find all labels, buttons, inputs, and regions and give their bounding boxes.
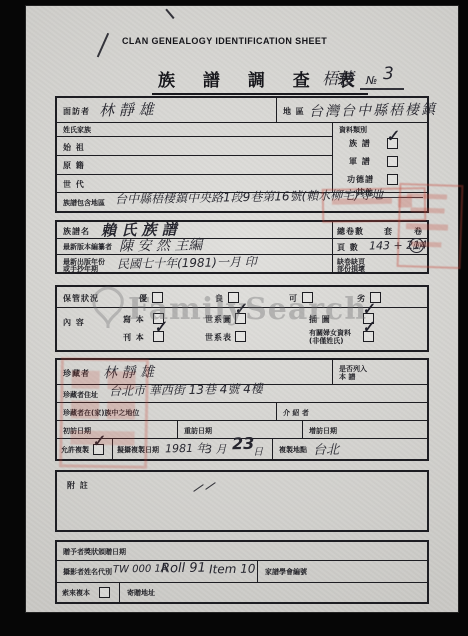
copy-place-label: 複製地點 <box>279 445 307 455</box>
publish-year-label-line2: 或手抄年期 <box>63 264 98 274</box>
option-women-data-label-line2: (非僅姓氏) <box>309 336 343 346</box>
photographer-code-label: 攝影者姓名代別 <box>63 567 112 577</box>
content-label: 內 容 <box>63 317 85 328</box>
sets-label: 套 <box>384 226 393 237</box>
microfilm-item-value: Item 10 <box>209 562 256 577</box>
section-office-use: 贈予者獎狀頒贈日期 攝影者姓名代別 TW 000 1A Roll 91 Item… <box>55 540 429 604</box>
section-genealogy-info: 族譜名 賴 氏 族 譜 總卷數 套 卷 最新版本編纂者 陳 安 然 主編 頁 數… <box>55 220 429 274</box>
document-page: CLAN GENEALOGY IDENTIFICATION SHEET 族 譜 … <box>26 6 458 612</box>
red-stamp-left <box>59 357 149 469</box>
option-printed-label: 刊 本 <box>123 332 145 343</box>
printed-checkbox[interactable] <box>153 331 164 342</box>
surname-family-label: 姓氏家族 <box>63 125 91 135</box>
introducer-label: 介 紹 者 <box>283 408 309 418</box>
clan-register-checkbox[interactable] <box>387 138 398 149</box>
title-no-value: 3 <box>383 64 394 84</box>
english-header: CLAN GENEALOGY IDENTIFICATION SHEET <box>122 36 327 46</box>
condition-poor-checkbox[interactable] <box>370 292 381 303</box>
notes-label: 附 註 <box>67 480 89 491</box>
copy-date-day: 23 <box>232 434 255 453</box>
revisit-date-label: 重訪日期 <box>184 426 212 436</box>
title-annotation: 梧棲 <box>322 66 354 90</box>
editor-value: 陳 安 然 主編 <box>119 234 203 255</box>
additional-visit-date-label: 增訪日期 <box>309 426 337 436</box>
publish-year-value: 民國七十年(1981)一月 印 <box>117 253 257 272</box>
military-register-checkbox[interactable] <box>387 156 398 167</box>
familysearch-tree-icon <box>88 284 128 328</box>
microfilm-code-value: TW 000 1A <box>113 564 168 576</box>
red-stamp-center <box>322 187 427 223</box>
first-ancestor-label: 始 祖 <box>63 142 85 153</box>
interviewer-value: 林 靜 雄 <box>99 99 154 121</box>
area-value: 台灣台中縣梧棲鎮 <box>309 99 437 121</box>
listed-in-register-label-line2: 本 譜 <box>339 372 355 382</box>
pen-stroke <box>97 33 109 57</box>
pen-stroke <box>165 9 174 19</box>
total-volumes-label: 總卷數 <box>337 226 364 237</box>
category-label: 資料類別 <box>339 125 367 135</box>
coverage-area-label: 族譜包含地區 <box>63 198 105 208</box>
title-no-label: № <box>366 74 378 87</box>
genealogy-name-label: 族譜名 <box>63 226 90 237</box>
option-clan-register: 族 譜 <box>349 138 371 149</box>
option-military-register: 軍 譜 <box>349 156 371 167</box>
microfilm-roll-value: Roll 91 <box>161 561 206 577</box>
merit-register-checkbox[interactable] <box>387 174 398 185</box>
editor-label: 最新版本編纂者 <box>63 242 112 252</box>
pedigree-table-checkbox[interactable] <box>235 331 246 342</box>
scanned-genealogy-form: { "glyphs": { "check": "✓" }, "header": … <box>0 0 468 636</box>
option-pedigree-table-label: 世系表 <box>205 332 232 343</box>
copy-date-month: 3 月 <box>205 441 227 457</box>
no-underline <box>360 88 404 90</box>
society-number-label: 家譜學會編號 <box>265 567 307 577</box>
option-merit-register: 功德譜 <box>347 174 374 185</box>
request-copy-label: 索來複本 <box>62 588 90 598</box>
origin-label: 原 籍 <box>63 160 85 171</box>
pages-label: 頁 數 <box>337 242 359 253</box>
interviewer-label: 面訪者 <box>63 106 90 117</box>
missing-pages-label-line2: 部份損壞 <box>337 264 365 274</box>
section-notes: 附 註 <box>55 470 429 532</box>
generations-label: 世 代 <box>63 179 85 190</box>
request-copy-checkbox[interactable] <box>99 587 110 598</box>
send-address-label: 寄贈地址 <box>127 588 155 598</box>
copy-date-year: 1981 年 <box>165 440 208 457</box>
copy-place-value: 台北 <box>313 439 339 458</box>
area-label: 地 區 <box>283 106 305 117</box>
award-date-label: 贈予者獎狀頒贈日期 <box>63 547 126 557</box>
women-data-checkbox[interactable] <box>363 331 374 342</box>
copy-date-day-unit: 日 <box>253 443 263 458</box>
